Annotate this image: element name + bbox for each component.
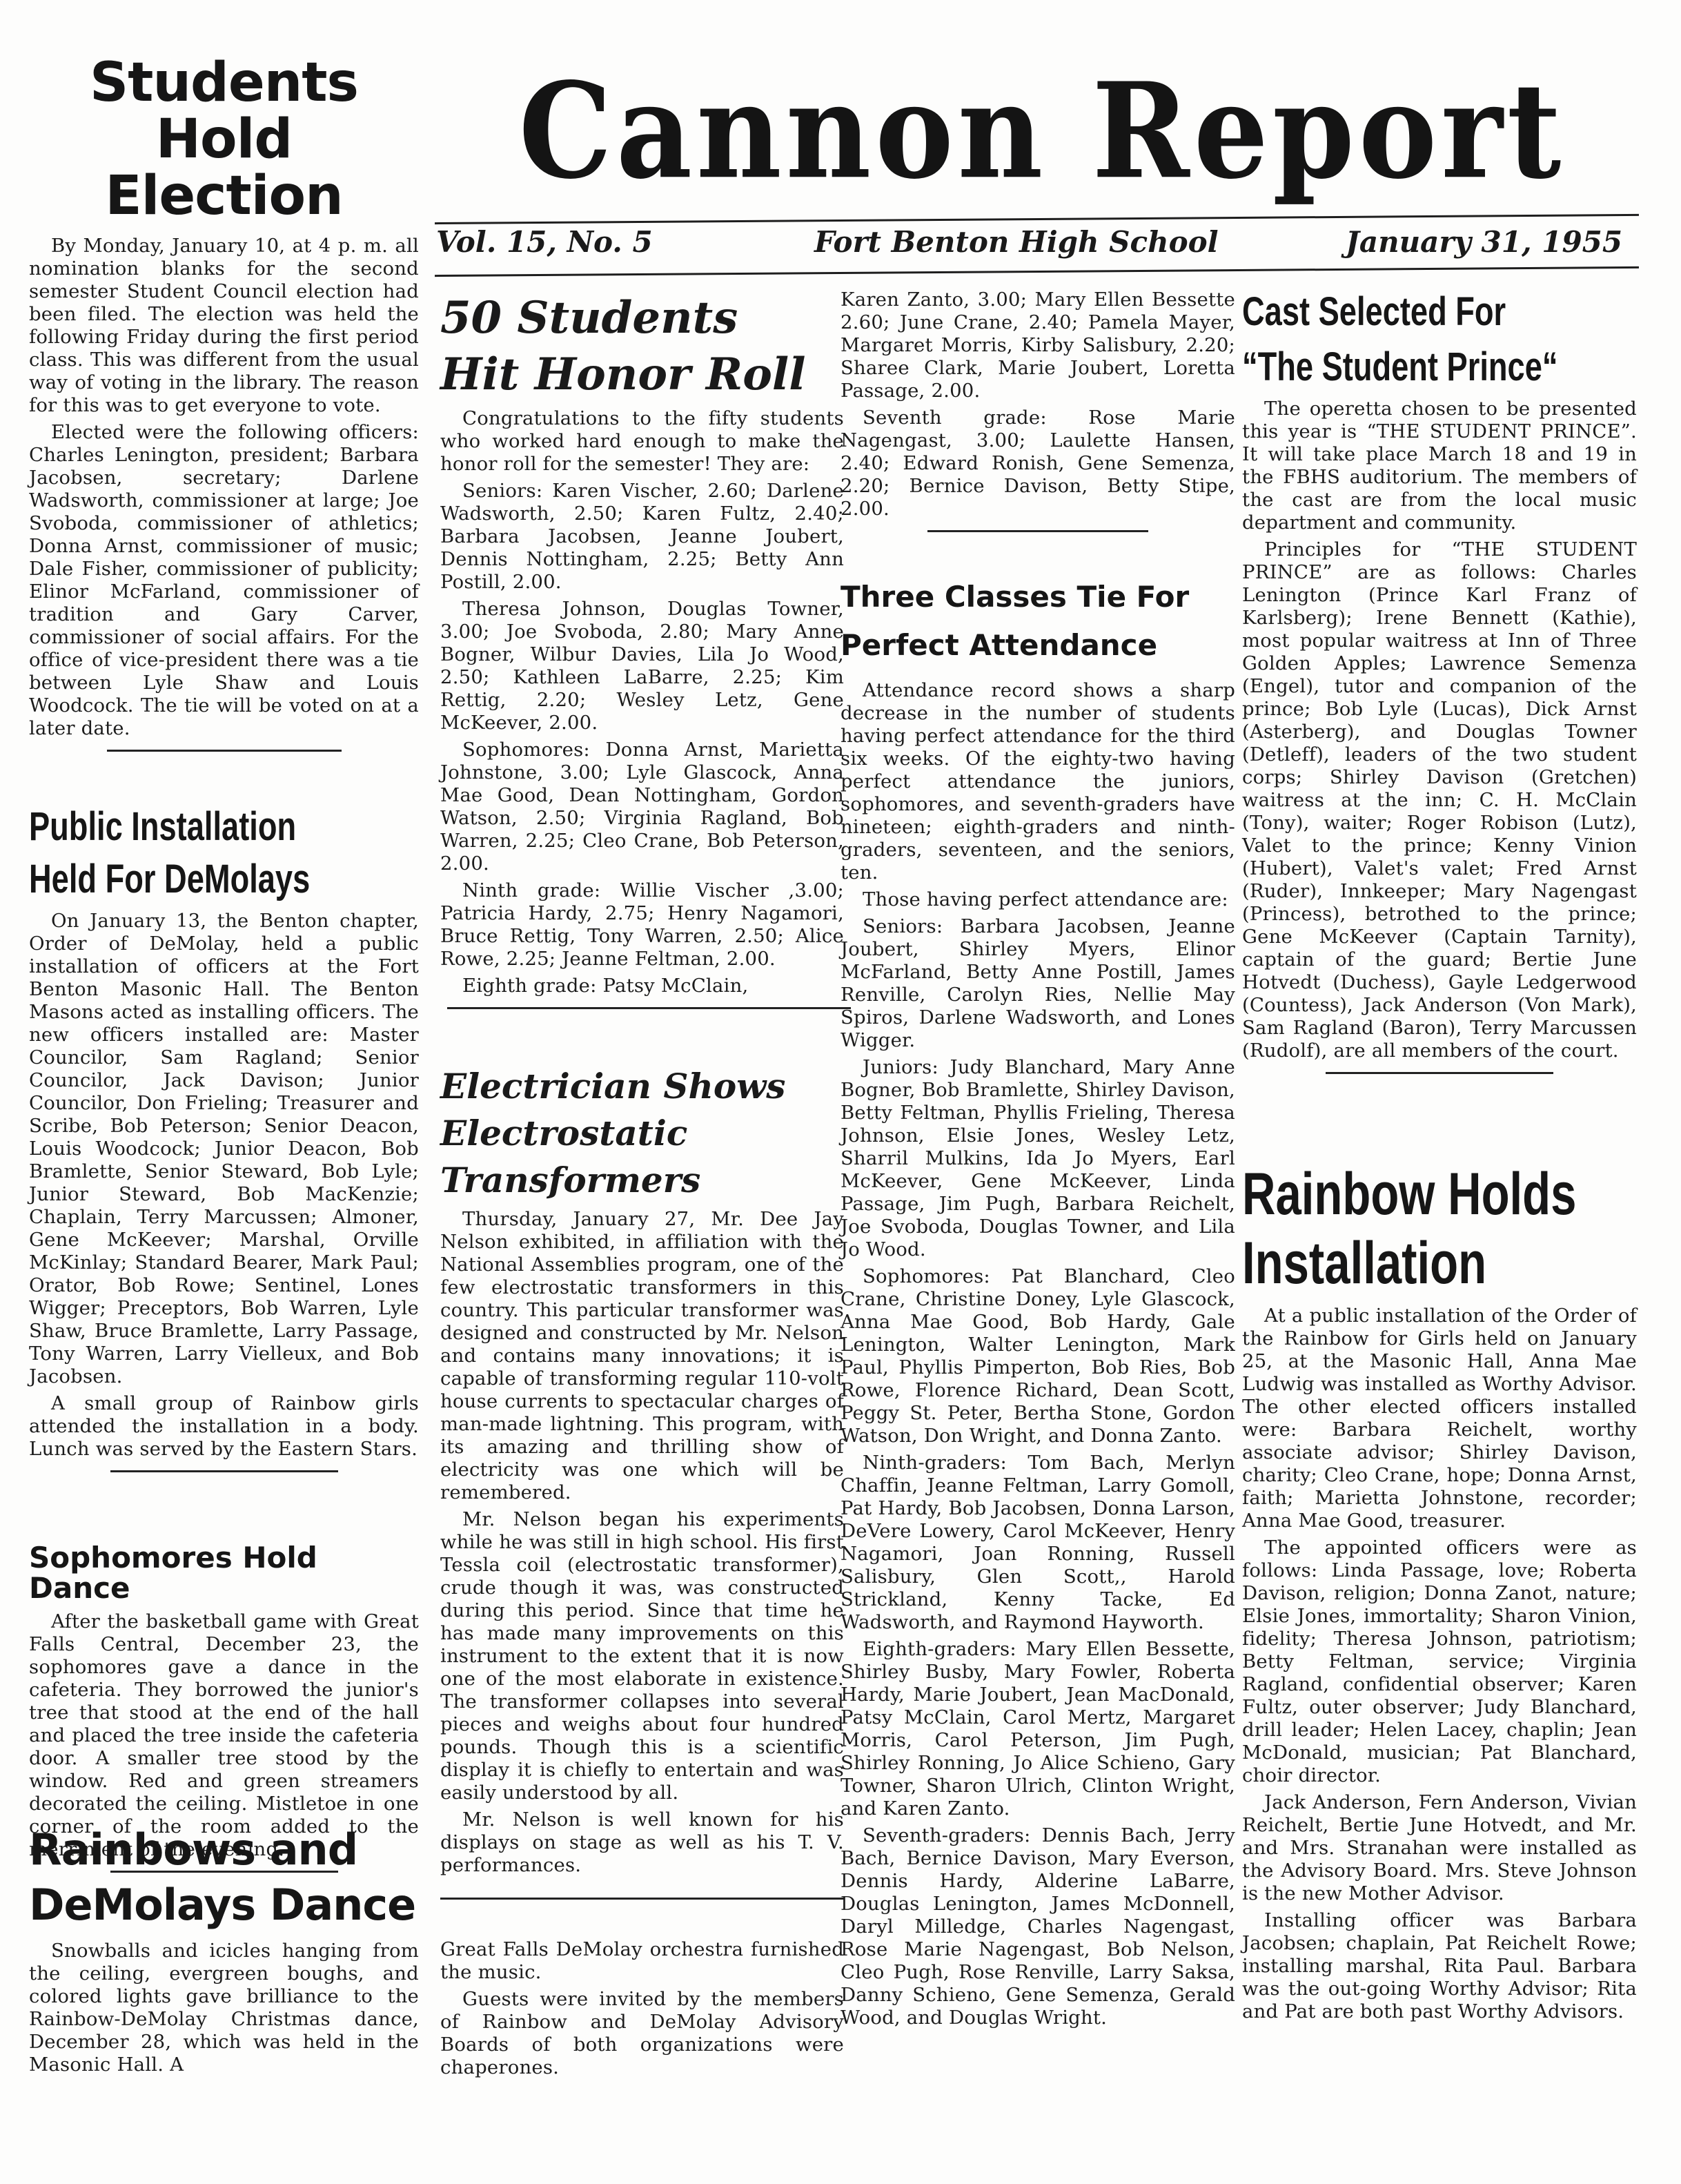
school-name: Fort Benton High School bbox=[814, 228, 1219, 257]
paragraph: Seventh-graders: Dennis Bach, Jerry Bach… bbox=[840, 1824, 1235, 2029]
paragraph: Seniors: Karen Vischer, 2.60; Darlene Wa… bbox=[440, 480, 844, 594]
paragraph: The appointed officers were as follows: … bbox=[1242, 1537, 1637, 1787]
article-body: By Monday, January 10, at 4 p. m. all no… bbox=[29, 235, 419, 740]
headline: Election bbox=[29, 168, 419, 225]
paragraph: On January 13, the Benton chapter, Order… bbox=[29, 910, 419, 1388]
article-rainbow-demolay-dance-continued: Great Falls DeMolay orchestra furnished … bbox=[440, 1938, 844, 2083]
paragraph: Those having perfect attendance are: bbox=[840, 888, 1235, 911]
headline: Students Hold bbox=[29, 55, 419, 168]
paragraph: Eighth-graders: Mary Ellen Bessette, Shi… bbox=[840, 1638, 1235, 1820]
headline: Transformers bbox=[440, 1157, 844, 1204]
paragraph: Juniors: Judy Blanchard, Mary Anne Bogne… bbox=[840, 1056, 1235, 1261]
paragraph: Elected were the following officers: Cha… bbox=[29, 421, 419, 740]
article-body: On January 13, the Benton chapter, Order… bbox=[29, 910, 419, 1461]
article-body: At a public installation of the Order of… bbox=[1242, 1305, 1637, 2023]
article-demolay-installation: Public Installation Held For DeMolays On… bbox=[29, 801, 419, 1485]
headline: Sophomores Hold Dance bbox=[29, 1543, 419, 1603]
issue-date: January 31, 1955 bbox=[1346, 228, 1622, 257]
headline: Electrician Shows bbox=[440, 1063, 844, 1110]
paragraph: Great Falls DeMolay orchestra furnished … bbox=[440, 1938, 844, 1984]
paragraph: Mr. Nelson is well known for his display… bbox=[440, 1808, 844, 1877]
headline: “The Student Prince“ bbox=[1242, 340, 1550, 395]
headline: Public Installation bbox=[29, 801, 333, 853]
divider bbox=[107, 750, 342, 752]
headline: Hit Honor Roll bbox=[440, 347, 844, 403]
headline: Cast Selected For bbox=[1242, 284, 1550, 340]
headline: Rainbow Holds bbox=[1242, 1160, 1550, 1229]
divider bbox=[110, 1470, 338, 1472]
headline: DeMolays Dance bbox=[29, 1878, 419, 1933]
newspaper-page: Cannon Report Vol. 15, No. 5 Fort Benton… bbox=[0, 0, 1681, 2184]
article-rainbow-demolay-dance: Rainbows and DeMolays Dance Snowballs an… bbox=[29, 1822, 419, 2080]
article-body: Attendance record shows a sharp decrease… bbox=[840, 679, 1235, 2029]
paragraph: Ninth-graders: Tom Bach, Merlyn Chaffin,… bbox=[840, 1452, 1235, 1634]
article-body: Great Falls DeMolay orchestra furnished … bbox=[440, 1938, 844, 2079]
masthead-title: Cannon Report bbox=[497, 66, 1587, 197]
paragraph: Principles for “THE STUDENT PRINCE” are … bbox=[1242, 538, 1637, 1062]
masthead-bottom-rule bbox=[435, 266, 1639, 277]
article-student-election: Students Hold Election By Monday, Januar… bbox=[29, 55, 419, 764]
paragraph: Installing officer was Barbara Jacobsen;… bbox=[1242, 1909, 1637, 2023]
article-body: Congratulations to the fifty students wh… bbox=[440, 407, 844, 997]
paragraph: Congratulations to the fifty students wh… bbox=[440, 407, 844, 476]
article-body: The operetta chosen to be presented this… bbox=[1242, 398, 1637, 1062]
paragraph: Sophomores: Donna Arnst, Marietta Johnst… bbox=[440, 739, 844, 875]
divider bbox=[440, 1898, 844, 1900]
divider bbox=[1326, 1072, 1553, 1074]
paragraph: Ninth grade: Willie Vischer ,3.00; Patri… bbox=[440, 879, 844, 971]
paragraph: Attendance record shows a sharp decrease… bbox=[840, 679, 1235, 884]
paragraph: A small group of Rainbow girls attended … bbox=[29, 1392, 419, 1461]
paragraph: Karen Zanto, 3.00; Mary Ellen Bessette 2… bbox=[840, 289, 1235, 402]
article-body: Thursday, January 27, Mr. Dee Jay Nelson… bbox=[440, 1208, 844, 1877]
paragraph: By Monday, January 10, at 4 p. m. all no… bbox=[29, 235, 419, 417]
paragraph: At a public installation of the Order of… bbox=[1242, 1305, 1637, 1532]
headline: Installation bbox=[1242, 1229, 1550, 1298]
article-body: Karen Zanto, 3.00; Mary Ellen Bessette 2… bbox=[840, 289, 1235, 520]
divider bbox=[927, 530, 1148, 532]
headline: Held For DeMolays bbox=[29, 853, 333, 906]
divider bbox=[447, 1007, 851, 1009]
paragraph: Thursday, January 27, Mr. Dee Jay Nelson… bbox=[440, 1208, 844, 1504]
article-honor-roll: 50 Students Hit Honor Roll Congratulatio… bbox=[440, 290, 844, 1022]
headline: 50 Students bbox=[440, 290, 844, 347]
paragraph: Seventh grade: Rose Marie Nagengast, 3.0… bbox=[840, 407, 1235, 520]
article-perfect-attendance: Three Classes Tie For Perfect Attendance… bbox=[840, 573, 1235, 2034]
paragraph: Sophomores: Pat Blanchard, Cleo Crane, C… bbox=[840, 1265, 1235, 1447]
article-electrician: Electrician Shows Electrostatic Transfor… bbox=[440, 1063, 844, 1912]
paragraph: Eighth grade: Patsy McClain, bbox=[440, 975, 844, 997]
article-rainbow-installation: Rainbow Holds Installation At a public i… bbox=[1242, 1160, 1637, 2027]
paragraph: Theresa Johnson, Douglas Towner, 3.00; J… bbox=[440, 598, 844, 734]
masthead-top-rule bbox=[435, 214, 1639, 224]
article-body: Snowballs and icicles hanging from the c… bbox=[29, 1940, 419, 2076]
volume-number: Vol. 15, No. 5 bbox=[436, 228, 653, 257]
headline: Electrostatic bbox=[440, 1110, 844, 1157]
paragraph: Jack Anderson, Fern Anderson, Vivian Rei… bbox=[1242, 1791, 1637, 1905]
paragraph: Seniors: Barbara Jacobsen, Jeanne Jouber… bbox=[840, 915, 1235, 1052]
paragraph: The operetta chosen to be presented this… bbox=[1242, 398, 1637, 534]
paragraph: Snowballs and icicles hanging from the c… bbox=[29, 1940, 419, 2076]
article-honor-roll-continued: Karen Zanto, 3.00; Mary Ellen Bessette 2… bbox=[840, 289, 1235, 545]
paragraph: Guests were invited by the members of Ra… bbox=[440, 1988, 844, 2079]
paragraph: Mr. Nelson began his experiments while h… bbox=[440, 1508, 844, 1804]
headline: Rainbows and bbox=[29, 1822, 419, 1878]
headline: Three Classes Tie For bbox=[840, 573, 1235, 621]
headline: Perfect Attendance bbox=[840, 621, 1235, 670]
article-student-prince: Cast Selected For “The Student Prince“ T… bbox=[1242, 284, 1637, 1086]
